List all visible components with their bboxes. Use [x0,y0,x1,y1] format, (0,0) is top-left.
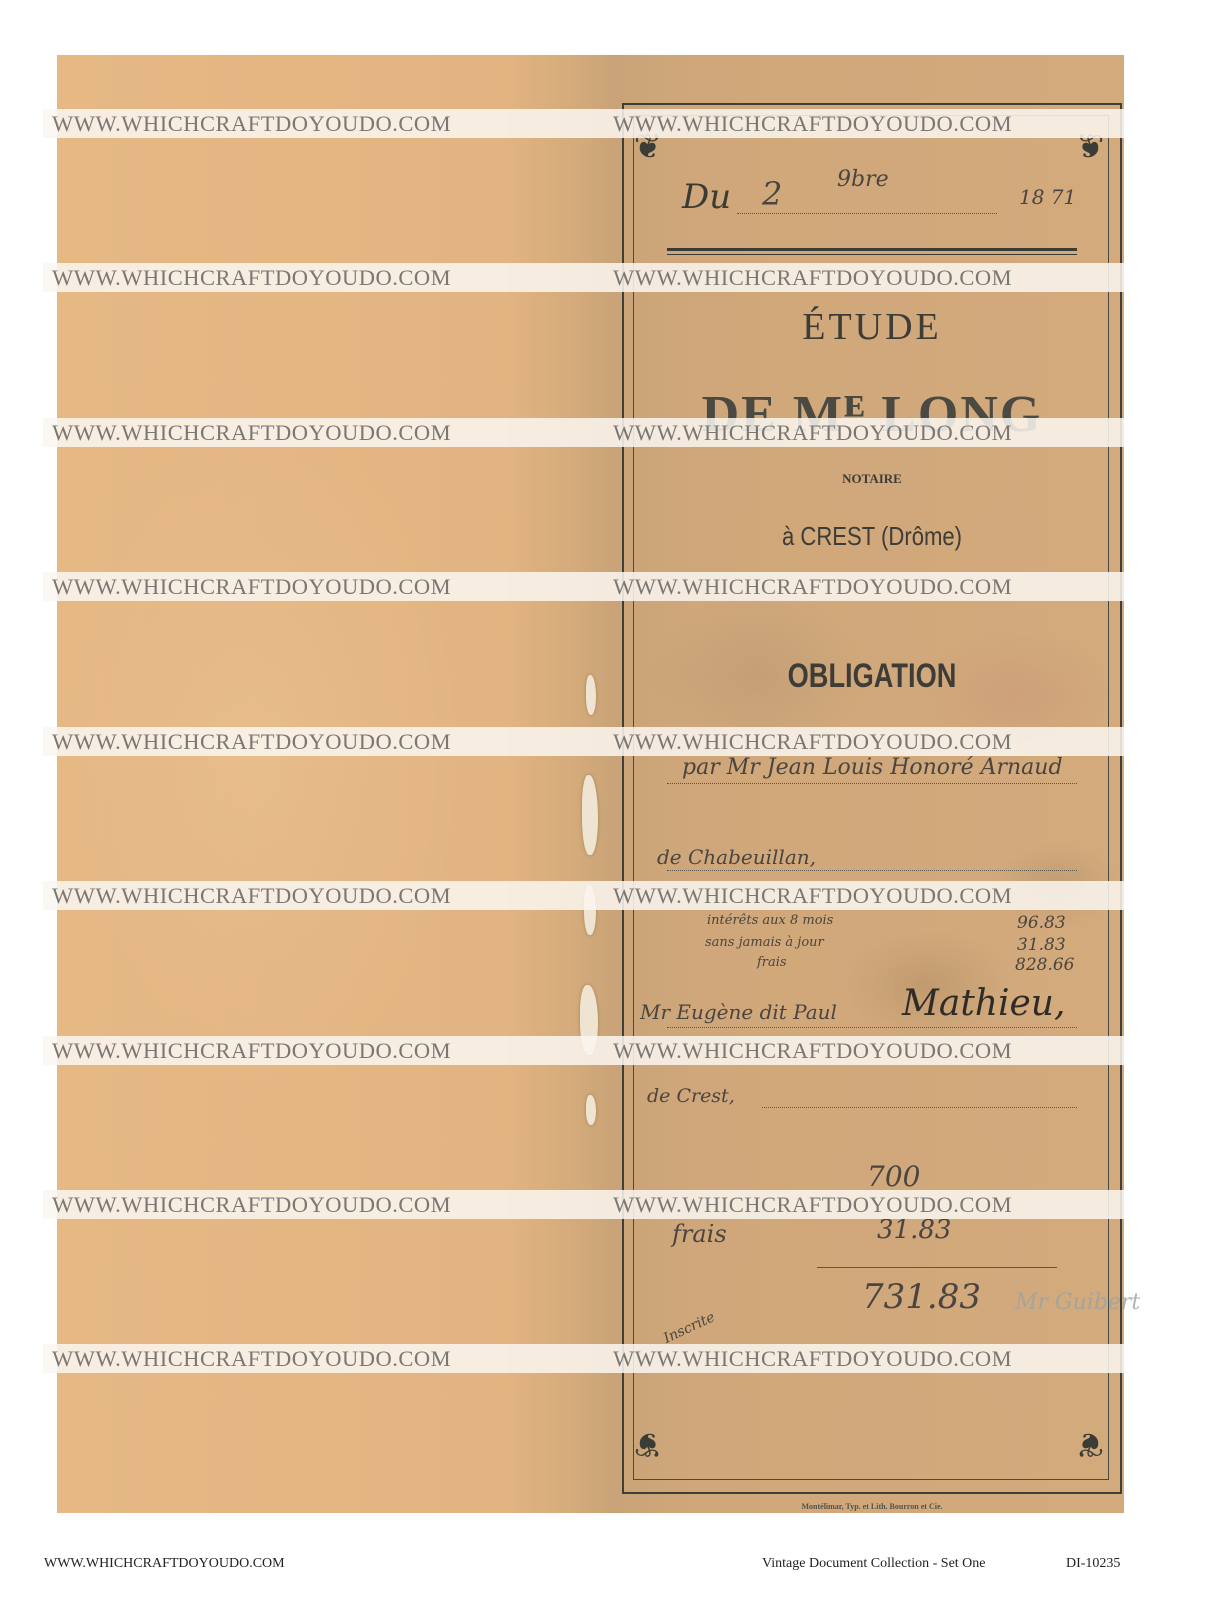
calc-label-2: sans jamais à jour [705,935,824,950]
notary-location: à CREST (Drôme) [689,521,1055,552]
date-rule-thin [667,254,1077,255]
watermark-band: WWW.WHICHCRAFTDOYOUDO.COMWWW.WHICHCRAFTD… [43,1190,1124,1219]
handwritten-creditor-name: Mathieu, [902,983,1065,1024]
date-year: 18 71 [1019,185,1076,209]
calc-label-1: intérêts aux 8 mois [707,913,833,928]
watermark-band: WWW.WHICHCRAFTDOYOUDO.COMWWW.WHICHCRAFTD… [43,418,1124,447]
amount-principal: 700 [867,1160,920,1193]
footer-collection: Vintage Document Collection - Set One [762,1556,986,1572]
watermark-band: WWW.WHICHCRAFTDOYOUDO.COMWWW.WHICHCRAFTD… [43,727,1124,756]
calc-label-3: frais [757,955,787,970]
watermark-band: WWW.WHICHCRAFTDOYOUDO.COMWWW.WHICHCRAFTD… [43,881,1124,910]
faded-pencil-note: Mr Guibert [1015,1290,1140,1315]
watermark-band: WWW.WHICHCRAFTDOYOUDO.COMWWW.WHICHCRAFTD… [43,572,1124,601]
calc-value-1: 96.83 [1017,913,1066,933]
watermark-band: WWW.WHICHCRAFTDOYOUDO.COMWWW.WHICHCRAFTD… [43,109,1124,138]
handwritten-creditor-town: de Crest, [647,1085,735,1107]
date-day: 2 [762,175,782,213]
footer-website: WWW.WHICHCRAFTDOYOUDO.COM [44,1556,285,1572]
date-rule [667,248,1077,251]
calc-value-3: 828.66 [1015,955,1074,975]
watermark-band: WWW.WHICHCRAFTDOYOUDO.COMWWW.WHICHCRAFTD… [43,1036,1124,1065]
handwritten-creditor-prefix: Mr Eugène dit Paul [640,1000,837,1024]
printer-imprint: Montélimar, Typ. et Lith. Bourron et Cie… [657,1502,1087,1511]
handwritten-debtor-town: de Chabeuillan, [657,845,816,869]
date-prefix: Du [682,177,731,217]
watermark-band: WWW.WHICHCRAFTDOYOUDO.COMWWW.WHICHCRAFTD… [43,1344,1124,1373]
watermark-band: WWW.WHICHCRAFTDOYOUDO.COMWWW.WHICHCRAFTD… [43,263,1124,292]
document-type: OBLIGATION [700,657,1044,696]
dotted-line-4 [762,1107,1077,1108]
date-dotted-line [737,213,997,214]
ornament-corner-bottom-left-icon: ❦ [625,1420,671,1466]
dotted-line-2 [667,870,1077,871]
amount-frais: 31.83 [877,1215,951,1245]
frais-label: frais [672,1220,727,1248]
heading-etude: ÉTUDE [657,305,1087,349]
calc-value-2: 31.83 [1017,935,1066,955]
footer-code: DI-10235 [1066,1556,1120,1572]
notary-title: NOTAIRE [657,471,1087,487]
sum-rule [817,1267,1057,1268]
date-month: 9bre [837,167,889,192]
handwritten-debtor-line: par Mr Jean Louis Honoré Arnaud [682,755,1063,780]
dotted-line-1 [667,783,1077,784]
amount-total: 731.83 [862,1277,981,1317]
ornament-corner-bottom-right-icon: ❦ [1067,1420,1113,1466]
dotted-line-3 [667,1027,1077,1028]
